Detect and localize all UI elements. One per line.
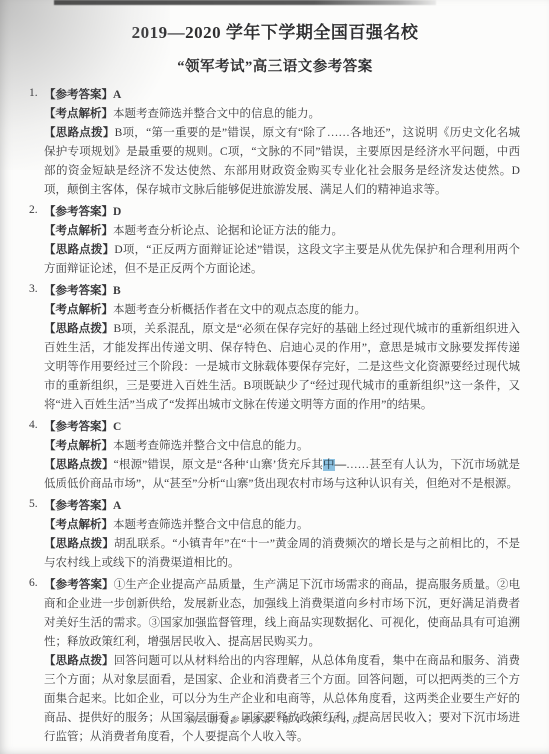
item-number: 1.: [29, 87, 38, 99]
analysis-text: 本题考查分析概括作者在文中的观点态度的能力。: [113, 304, 366, 316]
answer-list: 1. 【参考答案】A 【考点解析】本题考查筛选并整合文中的信息的能力。 【思路点…: [44, 86, 520, 747]
hint-line: 【思路点拨】胡乱联系。“小镇青年”在“十一”黄金周的消费频次的增长是与之前相比的…: [44, 535, 520, 573]
answer-value: C: [113, 421, 121, 433]
answer-value: A: [113, 500, 121, 512]
hint-line: 【思路点拨】B项，关系混乱，原文是“必须在保存完好的基础上经过现代城市的重新组织…: [44, 320, 520, 415]
analysis-line: 【考点解析】本题考查分析概括作者在文中的观点态度的能力。: [44, 301, 520, 320]
page-title: 2019—2020 学年下学期全国百强名校: [30, 18, 520, 43]
item-number: 4.: [29, 419, 38, 431]
hint-line: 【思路点拨】回答问题可以从材料给出的内容理解，从总体角度看，集中在商品和服务、消…: [44, 652, 520, 747]
scan-artifact-bar: [54, 0, 436, 5]
highlighted-character: 中: [323, 459, 335, 471]
hint-text-pre: “根源”错误，原文是“各种‘山寨’货充斥其: [114, 459, 323, 471]
analysis-label: 【考点解析】: [44, 304, 113, 316]
hint-label: 【思路点拨】: [44, 323, 113, 335]
hint-line: 【思路点拨】“根源”错误，原文是“各种‘山寨’货充斥其中—……甚至有人认为，下沉…: [44, 456, 520, 494]
hint-text: D项，“正反两方面辩证论述”错误，这段文字主要是从优先保护和合理利用两个方面辩证…: [44, 244, 520, 275]
answer-value: A: [113, 89, 121, 101]
hint-text: 胡乱联系。“小镇青年”在“十一”黄金周的消费频次的增长是与之前相比的，不是与农村…: [44, 538, 520, 569]
answer-label: 【参考答案】: [44, 579, 114, 591]
answer-label: 【参考答案】: [44, 285, 113, 297]
hint-label: 【思路点拨】: [44, 538, 114, 550]
answer-value: B: [113, 285, 121, 297]
answer-line: 【参考答案】D: [44, 203, 520, 222]
analysis-text: 本题考查筛选并整合文中信息的能力。: [113, 519, 309, 531]
item-number: 3.: [29, 283, 38, 295]
hint-label: 【思路点拨】: [44, 244, 114, 256]
document-page: 2019—2020 学年下学期全国百强名校 “领军考试”高三语文参考答案 1. …: [0, 0, 549, 754]
analysis-label: 【考点解析】: [44, 225, 113, 237]
hint-text: B项，“第一重要的是”错误，原文有“除了……各地还”，这说明《历史文化名城保护专…: [44, 127, 520, 196]
hint-line: 【思路点拨】D项，“正反两方面辩证论述”错误，这段文字主要是从优先保护和合理利用…: [44, 241, 520, 279]
analysis-label: 【考点解析】: [44, 440, 113, 452]
answer-label: 【参考答案】: [44, 500, 113, 512]
analysis-line: 【考点解析】本题考查分析论点、论据和论证方法的能力。: [44, 222, 520, 241]
analysis-line: 【考点解析】本题考查筛选并整合文中信息的能力。: [44, 516, 520, 535]
analysis-label: 【考点解析】: [44, 519, 113, 531]
hint-line: 【思路点拨】B项，“第一重要的是”错误，原文有“除了……各地还”，这说明《历史文…: [44, 124, 520, 200]
page-subtitle: “领军考试”高三语文参考答案: [30, 55, 520, 76]
answer-line: 【参考答案】A: [44, 497, 520, 516]
answer-item-3: 3. 【参考答案】B 【考点解析】本题考查分析概括作者在文中的观点态度的能力。 …: [44, 282, 520, 415]
analysis-line: 【考点解析】本题考查筛选并整合文中的信息的能力。: [44, 105, 520, 124]
answer-label: 【参考答案】: [44, 206, 113, 218]
answer-item-5: 5. 【参考答案】A 【考点解析】本题考查筛选并整合文中信息的能力。 【思路点拨…: [44, 497, 520, 573]
answer-value: D: [113, 206, 121, 218]
answer-line: 【参考答案】A: [44, 86, 520, 105]
answer-item-4: 4. 【参考答案】C 【考点解析】本题考查筛选并整合文中信息的能力。 【思路点拨…: [44, 418, 520, 494]
answer-line: 【参考答案】B: [44, 282, 520, 301]
hint-label: 【思路点拨】: [44, 459, 114, 471]
item-number: 5.: [29, 498, 38, 510]
hint-text: 回答问题可以从材料给出的内容理解，从总体角度看，集中在商品和服务、消费三个方面；…: [44, 655, 520, 743]
analysis-text: 本题考查筛选并整合文中信息的能力。: [113, 440, 309, 452]
answer-line: 【参考答案】C: [44, 418, 520, 437]
answer-label: 【参考答案】: [44, 421, 113, 433]
item-number: 6.: [29, 577, 38, 589]
hint-label: 【思路点拨】: [44, 655, 114, 667]
analysis-label: 【考点解析】: [44, 108, 113, 120]
answer-label: 【参考答案】: [44, 89, 113, 101]
answer-line: 【参考答案】①生产企业提高产品质量，生产满足下沉市场需求的商品，提高服务质量。②…: [44, 576, 520, 652]
answer-item-2: 2. 【参考答案】D 【考点解析】本题考查分析论点、论据和论证方法的能力。 【思…: [44, 203, 520, 279]
analysis-text: 本题考查分析论点、论据和论证方法的能力。: [113, 225, 343, 237]
hint-text: B项，关系混乱，原文是“必须在保存完好的基础上经过现代城市的重新组织进入百姓生活…: [44, 323, 520, 411]
page-footer: 高三语文参考答案 第 1 页 共 4 页: [0, 713, 549, 726]
analysis-line: 【考点解析】本题考查筛选并整合文中信息的能力。: [44, 437, 520, 456]
analysis-text: 本题考查筛选并整合文中的信息的能力。: [113, 108, 320, 120]
scan-dash-artifact: —: [335, 459, 347, 471]
answer-item-1: 1. 【参考答案】A 【考点解析】本题考查筛选并整合文中的信息的能力。 【思路点…: [44, 86, 520, 200]
answer-value: ①生产企业提高产品质量，生产满足下沉市场需求的商品，提高服务质量。②电商和企业进…: [44, 579, 520, 648]
item-number: 2.: [29, 204, 38, 216]
hint-label: 【思路点拨】: [44, 127, 115, 139]
